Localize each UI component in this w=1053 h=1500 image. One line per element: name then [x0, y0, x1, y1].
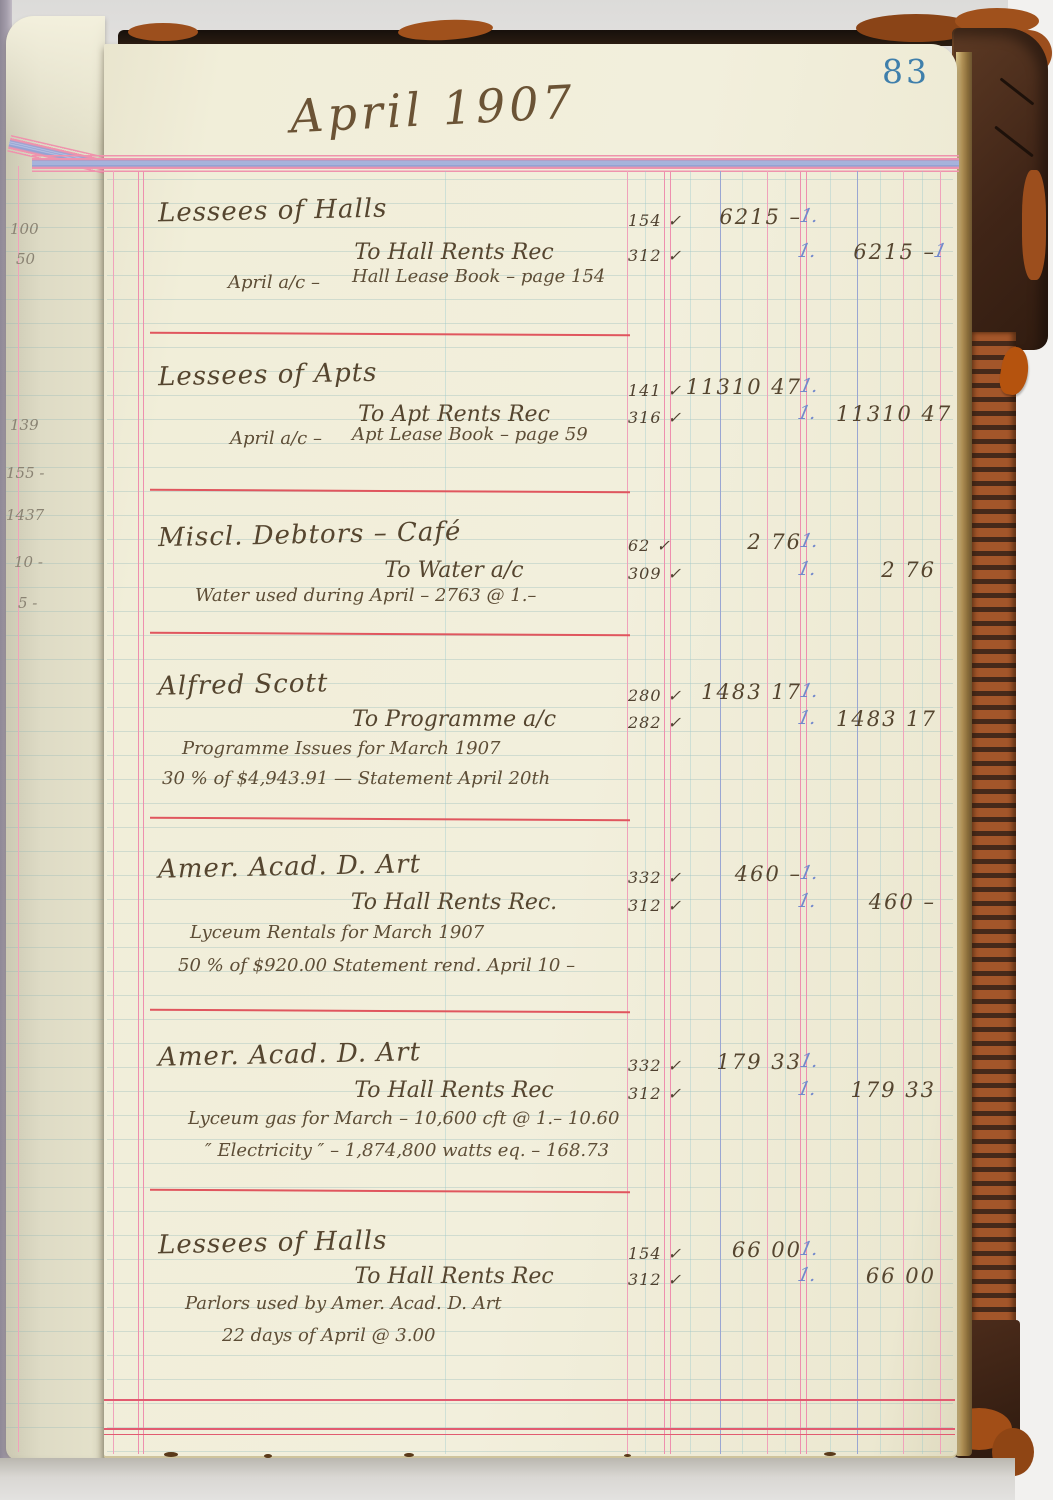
entry-debtor-name: Lessees of Halls: [158, 1226, 388, 1261]
column-rule: [113, 171, 114, 1454]
column-rule: [143, 171, 144, 1454]
entry-credit-folio: 312 ✓: [628, 896, 682, 915]
entry-debtor-name: Lessees of Halls: [158, 194, 388, 229]
entry-credit-amount: 2 76: [836, 558, 936, 582]
entry-debit-amount: 6215 –: [666, 205, 802, 229]
entry-credit-folio: 309 ✓: [628, 564, 682, 583]
page-block-gilt-edge: [956, 52, 972, 1456]
column-rule: [903, 171, 904, 1454]
entry-contra-account: To Hall Rents Rec: [284, 240, 624, 265]
worn-leather-patch: [1022, 170, 1046, 280]
entry-memo: ″ Electricity ″ – 1,874,800 watts eq. – …: [205, 1140, 609, 1161]
entry-credit-amount: 179 33: [836, 1078, 936, 1102]
entry-contra-account: To Water a/c: [284, 558, 624, 583]
entry-credit-amount: 460 –: [836, 890, 936, 914]
edge-note: 1437: [6, 506, 44, 524]
entry-memo: April a/c –: [230, 428, 322, 449]
entry-debit-amount: 460 –: [666, 862, 802, 886]
entry-memo: Lyceum gas for March – 10,600 cft @ 1.– …: [188, 1108, 619, 1129]
entry-memo: Lyceum Rentals for March 1907: [190, 922, 484, 943]
entry-memo: April a/c –: [228, 272, 320, 293]
ledger-page: 83 April 1907 Lessees of Halls154 ✓6215 …: [104, 44, 957, 1458]
edge-note: 155 -: [6, 464, 44, 482]
edge-note: 100: [10, 220, 39, 238]
header-rule-band: [32, 155, 959, 172]
entry-credit-folio: 312 ✓: [628, 1084, 682, 1103]
column-rule: [857, 171, 858, 1454]
entry-memo: Programme Issues for March 1907: [182, 738, 501, 759]
column-rule: [18, 166, 19, 1452]
entry-memo: Hall Lease Book – page 154: [352, 266, 605, 287]
entry-contra-account: To Programme a/c: [284, 707, 624, 732]
footer-rule: [104, 1399, 955, 1401]
entry-credit-amount: 1483 17: [836, 707, 936, 731]
entry-credit-amount: 6215 –: [836, 240, 936, 264]
entry-credit-folio: 316 ✓: [628, 408, 682, 427]
entry-credit-folio: 312 ✓: [628, 1270, 682, 1289]
entry-debit-amount: 66 00: [666, 1238, 802, 1262]
edge-wear-speck: [824, 1452, 836, 1456]
column-guide: [922, 171, 923, 1454]
column-guide: [880, 171, 881, 1454]
entry-credit-amount: 11310 47: [836, 402, 936, 426]
background-bottom-shadow: [0, 1458, 1015, 1500]
entry-credit-folio: 282 ✓: [628, 713, 682, 732]
column-guide: [830, 171, 831, 1454]
footer-rule: [104, 1434, 955, 1435]
entry-credit-folio: 312 ✓: [628, 246, 682, 265]
entry-debtor-name: Miscl. Debtors – Café: [158, 517, 462, 553]
spine-stripes: [970, 332, 1016, 1342]
entry-debtor-name: Alfred Scott: [158, 668, 329, 702]
edge-wear-speck: [624, 1454, 631, 1457]
edge-wear-speck: [164, 1452, 178, 1457]
entry-memo: Water used during April – 2763 @ 1.–: [195, 585, 536, 606]
column-rule: [940, 171, 941, 1454]
column-rule: [806, 171, 807, 1454]
ledger-photo-scene: 10050139155 -143710 -5 -: [0, 0, 1053, 1500]
edge-note: 139: [10, 416, 39, 434]
edge-note: 5 -: [18, 594, 37, 612]
entry-memo: Parlors used by Amer. Acad. D. Art: [185, 1293, 502, 1314]
entry-debit-amount: 11310 47: [666, 375, 802, 399]
entry-debit-amount: 179 33: [666, 1050, 802, 1074]
entry-contra-account: To Hall Rents Rec.: [284, 890, 624, 915]
footer-rule: [104, 1428, 955, 1430]
entry-debit-folio: 62 ✓: [628, 536, 671, 555]
page-number: 83: [882, 52, 930, 91]
previous-page-edge: 10050139155 -143710 -5 -: [6, 16, 105, 1460]
entry-memo: 30 % of $4,943.91 — Statement April 20th: [162, 768, 550, 789]
edge-note: 10 -: [14, 553, 43, 571]
entry-debit-amount: 1483 17: [666, 680, 802, 704]
entry-debtor-name: Lessees of Apts: [158, 358, 378, 393]
entry-contra-account: To Hall Rents Rec: [284, 1078, 624, 1103]
page-curl-highlight: [6, 16, 105, 146]
column-guide: [445, 171, 446, 1454]
entry-memo: Apt Lease Book – page 59: [352, 424, 588, 445]
entry-memo: 50 % of $920.00 Statement rend. April 10…: [178, 955, 575, 976]
edge-wear-speck: [404, 1453, 414, 1457]
entry-contra-account: To Hall Rents Rec: [284, 1264, 624, 1289]
entry-credit-amount: 66 00: [836, 1264, 936, 1288]
entry-debtor-name: Amer. Acad. D. Art: [158, 849, 422, 885]
entry-debtor-name: Amer. Acad. D. Art: [158, 1037, 422, 1073]
frayed-leather-tuft: [128, 23, 198, 41]
entry-memo: 22 days of April @ 3.00: [222, 1325, 435, 1346]
ruled-lines: [6, 156, 105, 1450]
entry-debit-amount: 2 76: [666, 530, 802, 554]
column-rule: [138, 171, 139, 1454]
edge-note: 50: [16, 250, 35, 268]
